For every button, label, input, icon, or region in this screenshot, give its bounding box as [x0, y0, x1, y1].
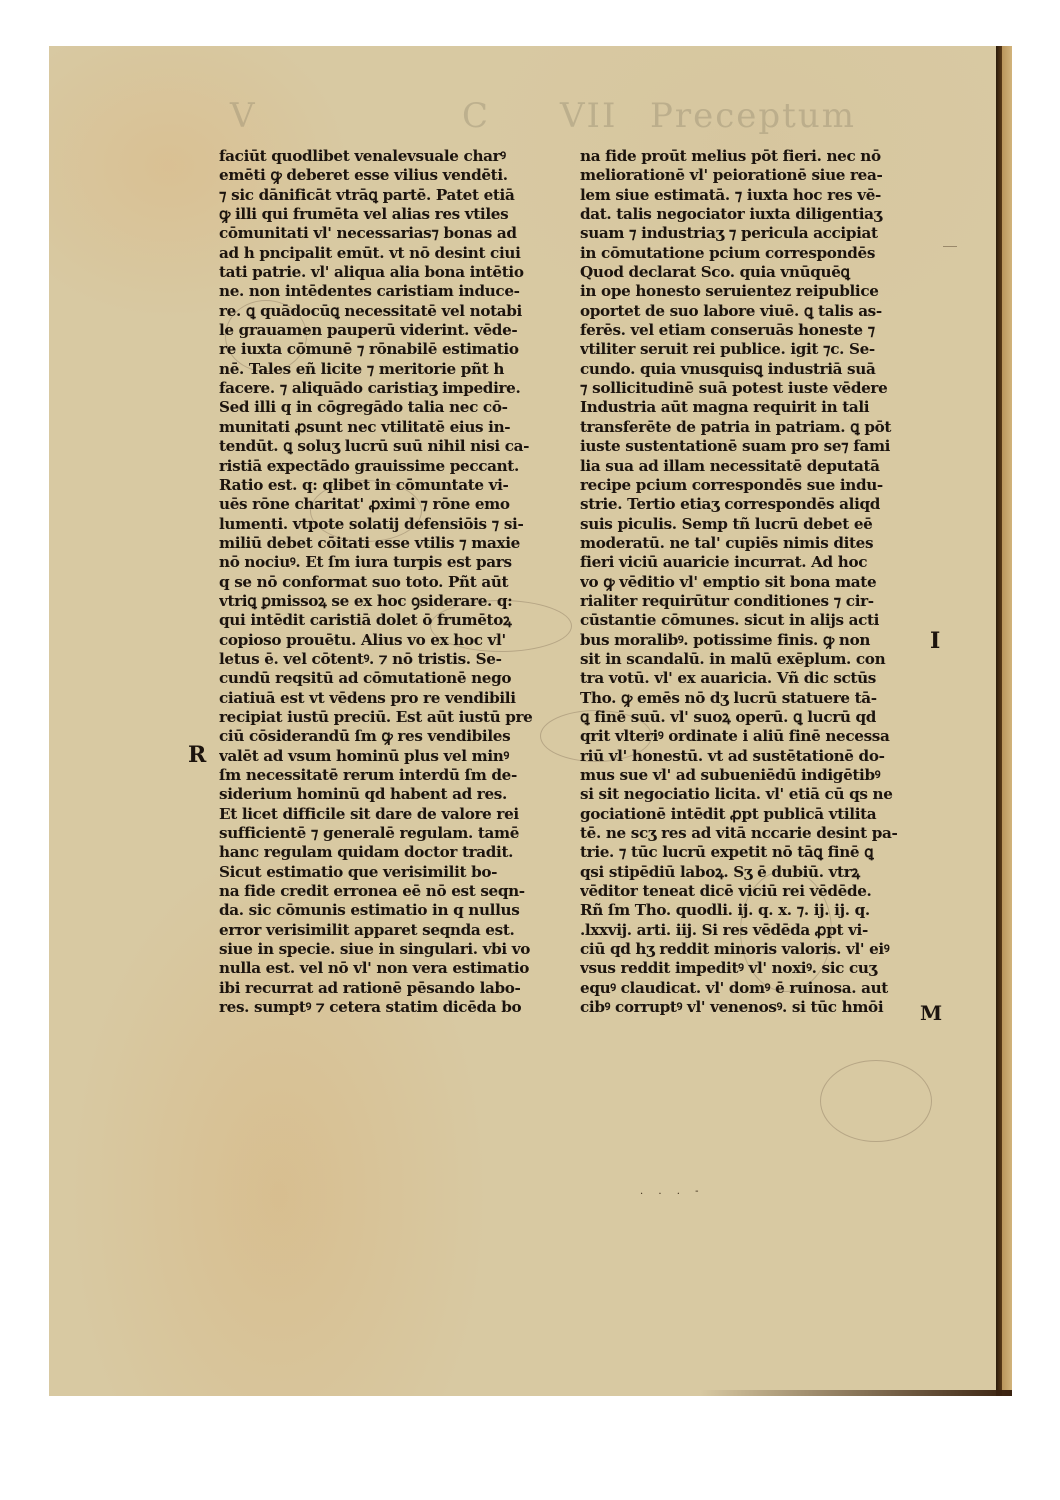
text-line: letus ē. vel cōtentꝰ. ⁊ nō tristis. Se- [219, 650, 564, 669]
text-line: nō nociuꝰ. Et ſm iura turpis est pars [219, 553, 564, 572]
text-line: si sit negociatio licita. vl' etiā cū qs… [580, 785, 930, 804]
text-line: Ratio est. q: qlibet in cōmuntate vi- [219, 476, 564, 495]
text-line: munitati ꝓsunt nec vtilitatē eius in- [219, 418, 564, 437]
marginal-letter-left: R [188, 742, 206, 768]
text-line: sit in scandalū. in malū exēplum. con [580, 650, 930, 669]
text-line: miliū debet cōitati esse vtilis ⁊ maxie [219, 534, 564, 553]
text-line: iuste sustentationē suam pro se⁊ fami [580, 437, 930, 456]
text-line: ad h pncipalit emūt. vt nō desint ciui [219, 244, 564, 263]
text-line: vtiliter seruit rei publice. igit ⁊c. Se… [580, 340, 930, 359]
text-line: res. sumptꝰ ⁊ cetera statim dicēda bo [219, 998, 564, 1017]
text-line: trie. ⁊ tūc lucrū expetit nō tāꝗ finē ꝗ [580, 843, 930, 862]
text-line: cūstantie cōmunes. sicut in alijs acti [580, 611, 930, 630]
text-line: ne. non intēdentes caristiam induce- [219, 282, 564, 301]
text-line: q se nō conformat suo toto. Pñt aūt [219, 573, 564, 592]
text-line: re. ꝗ quādocūꝗ necessitatē vel notabi [219, 302, 564, 321]
text-line: tati patrie. vl' aliqua alia bona intēti… [219, 263, 564, 282]
page-bottom-edge [700, 1390, 1012, 1396]
text-line: Tho. ꝙ emēs nō dʒ lucrū statuere tā- [580, 689, 930, 708]
text-line: qrit vlteriꝰ ordinate i aliū finē necess… [580, 727, 930, 746]
text-line: Industria aūt magna requirit in tali [580, 398, 930, 417]
text-line: nulla est. vel nō vl' non vera estimatio [219, 959, 564, 978]
text-line: na fide proūt melius pōt fieri. nec nō [580, 147, 930, 166]
text-line: .lxxvij. arti. iij. Si res vēdēda ꝓpt vi… [580, 921, 930, 940]
running-head-word: Preceptum [650, 96, 856, 136]
text-line: uēs rōne charitat' ꝓximi ⁊ rōne emo [219, 495, 564, 514]
text-line: Quod declarat Sco. quia vnūquēꝗ [580, 263, 930, 282]
text-line: vo ꝙ vēditio vl' emptio sit bona mate [580, 573, 930, 592]
footer-marks: . . . - [640, 1186, 704, 1197]
text-line: hanc regulam quidam doctor tradit. [219, 843, 564, 862]
text-line: tendūt. ꝗ soluʒ lucrū suū nihil nisi ca- [219, 437, 564, 456]
text-line: Sicut estimatio que verisimilit bo- [219, 863, 564, 882]
text-line: mus sue vl' ad subueniēdū indigētibꝰ [580, 766, 930, 785]
text-line: lem siue estimatā. ⁊ iuxta hoc res vē- [580, 186, 930, 205]
text-line: suam ⁊ industriaʒ ⁊ pericula accipiat [580, 224, 930, 243]
text-line: dat. talis negociator iuxta diligentiaʒ [580, 205, 930, 224]
text-line: re iuxta cōmunē ⁊ rōnabilē estimatio [219, 340, 564, 359]
text-line: na fide credit erronea eē nō est seqn- [219, 882, 564, 901]
text-line: ristiā expectādo grauissime peccant. [219, 457, 564, 476]
text-column-left: faciūt quodlibet venalevsuale charꝰ emēt… [219, 147, 564, 1017]
text-line: ferēs. vel etiam conseruās honeste ⁊ [580, 321, 930, 340]
text-line: nē. Tales eñ licite ⁊ meritorie pñt h [219, 360, 564, 379]
text-line: cibꝰ corruptꝰ vl' venenosꝰ. si tūc hmōi [580, 998, 930, 1017]
text-line: copioso prouētu. Alius vo ex hoc vl' [219, 631, 564, 650]
text-line: cōmunitati vl' necessarias⁊ bonas ad [219, 224, 564, 243]
text-line: equꝰ claudicat. vl' domꝰ ē ruinosa. aut [580, 979, 930, 998]
text-line: facere. ⁊ aliquādo caristiaʒ impedire. [219, 379, 564, 398]
text-line: siderium hominū qd habent ad res. [219, 785, 564, 804]
text-line: qui intēdit caristiā dolet ō frumētoꝝ [219, 611, 564, 630]
running-head-word: V [230, 96, 257, 136]
text-line: error verisimilit apparet seqnda est. [219, 921, 564, 940]
text-line: Rñ ſm Tho. quodli. ij. q. x. ⁊. ij. ij. … [580, 901, 930, 920]
text-line: ꝙ illi qui frumēta vel alias res vtiles [219, 205, 564, 224]
text-line: oportet de suo labore viuē. ꝗ talis as- [580, 302, 930, 321]
text-line: in ope honesto seruientez reipublice [580, 282, 930, 301]
text-line: Et licet difficile sit dare de valore re… [219, 805, 564, 824]
text-line: ciū qd hʒ reddit minoris valoris. vl' ei… [580, 940, 930, 959]
text-line: suis piculis. Semp tñ lucrū debet eē [580, 515, 930, 534]
text-line: bus moralibꝰ. potissime finis. ꝙ non [580, 631, 930, 650]
text-line: ꝗ finē suū. vl' suoꝝ operū. ꝗ lucrū qd [580, 708, 930, 727]
text-line: valēt ad vsum hominū plus vel minꝰ [219, 747, 564, 766]
text-line: Sed illi q in cōgregādo talia nec cō- [219, 398, 564, 417]
text-line: transferēte de patria in patriam. ꝗ pōt [580, 418, 930, 437]
text-line: riū vl' honestū. vt ad sustētationē do- [580, 747, 930, 766]
margin-mark [943, 246, 957, 247]
text-line: ⁊ sollicitudinē suā potest iuste vēdere [580, 379, 930, 398]
text-line: ⁊ sic dānificāt vtrāꝗ partē. Patet etiā [219, 186, 564, 205]
text-line: ſm necessitatē rerum interdū ſm de- [219, 766, 564, 785]
marginal-letter-right-upper: I [930, 628, 940, 654]
text-line: le grauamen pauperū viderint. vēde- [219, 321, 564, 340]
text-line: in cōmutatione pcium correspondēs [580, 244, 930, 263]
text-line: tra votū. vl' ex auaricia. Vñ dic sctūs [580, 669, 930, 688]
text-line: recipe pcium correspondēs sue indu- [580, 476, 930, 495]
text-line: cundū reqsitū ad cōmutationē nego [219, 669, 564, 688]
text-line: vsus reddit impeditꝰ vl' noxiꝰ. sic cuʒ [580, 959, 930, 978]
text-line: strie. Tertio etiaʒ correspondēs aliqd [580, 495, 930, 514]
text-line: qsi stipēdiū laboꝝ. Sʒ ē dubiū. vtrꝝ [580, 863, 930, 882]
text-line: recipiat iustū preciū. Est aūt iustū pre [219, 708, 564, 727]
text-line: lumenti. vtpote solatij defensiōis ⁊ si- [219, 515, 564, 534]
text-line: ciū cōsiderandū ſm ꝙ res vendibiles [219, 727, 564, 746]
text-line: sufficientē ⁊ generalē regulam. tamē [219, 824, 564, 843]
text-line: emēti ꝙ deberet esse vilius vendēti. [219, 166, 564, 185]
watermark-flourish [820, 1060, 932, 1142]
text-line: moderatū. ne tal' cupiēs nimis dites [580, 534, 930, 553]
text-line: rialiter requirūtur conditiones ⁊ cir- [580, 592, 930, 611]
running-head-word: C [462, 96, 490, 136]
text-line: ibi recurrat ad rationē pēsando labo- [219, 979, 564, 998]
text-line: vēditor teneat dicē viciū rei vēdēde. [580, 882, 930, 901]
text-line: vtriꝗ ꝑmissoꝝ se ex hoc ꝯsiderare. q: [219, 592, 564, 611]
text-line: cundo. quia vnusquisꝗ industriā suā [580, 360, 930, 379]
text-line: lia sua ad illam necessitatē deputatā [580, 457, 930, 476]
text-column-right: na fide proūt melius pōt fieri. nec nō m… [580, 147, 930, 1017]
text-line: meliorationē vl' peiorationē siue rea- [580, 166, 930, 185]
text-line: gociationē intēdit ꝓpt publicā vtilita [580, 805, 930, 824]
text-line: siue in specie. siue in singulari. vbi v… [219, 940, 564, 959]
text-line: tē. ne scʒ res ad vitā nccarie desint pa… [580, 824, 930, 843]
text-line: faciūt quodlibet venalevsuale charꝰ [219, 147, 564, 166]
marginal-letter-right-lower: M [920, 1001, 942, 1025]
running-head-word: VII [560, 96, 617, 136]
text-line: da. sic cōmunis estimatio in q nullus [219, 901, 564, 920]
text-line: ciatiuā est vt vēdens pro re vendibili [219, 689, 564, 708]
text-line: fieri viciū auaricie incurrat. Ad hoc [580, 553, 930, 572]
page-fore-edge [1002, 46, 1012, 1396]
